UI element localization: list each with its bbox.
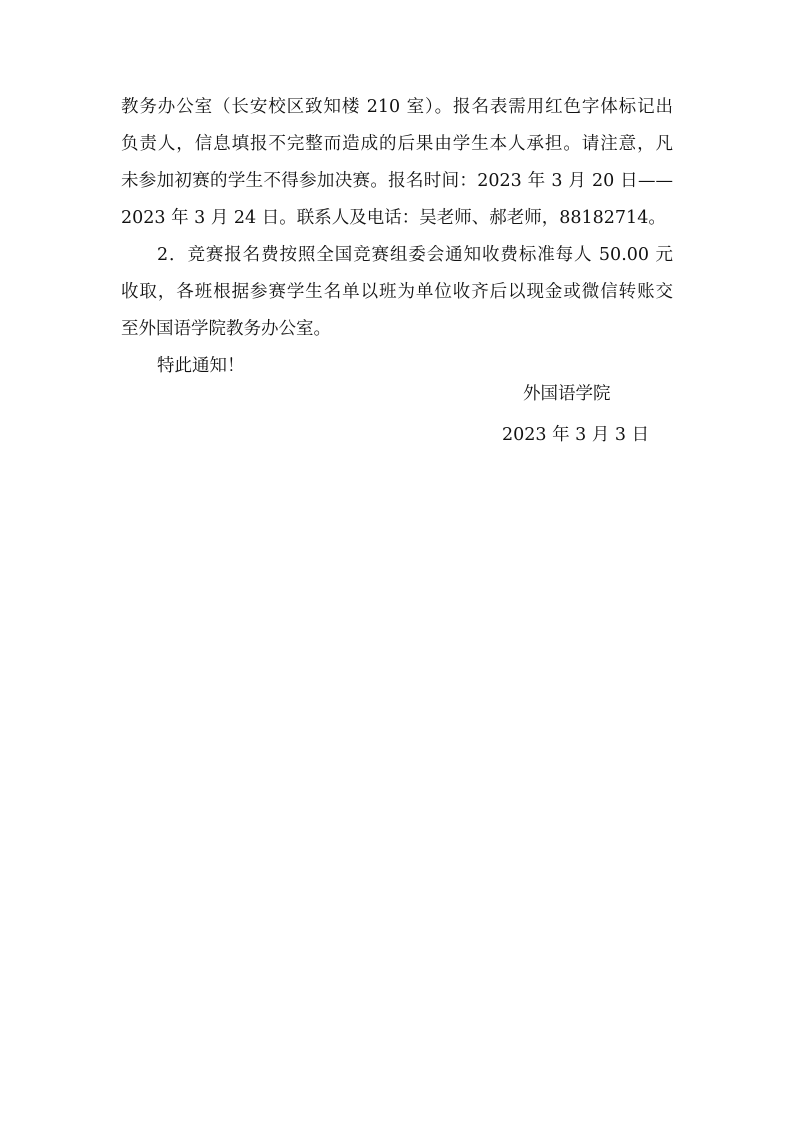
paragraph-2-line-2: 收取，各班根据参赛学生名单以班为单位收齐后以现金或微信转账交 xyxy=(121,282,673,302)
paragraph-1-line-2: 负责人，信息填报不完整而造成的后果由学生本人承担。请注意，凡 xyxy=(121,134,673,154)
signature-date: 2023 年 3 月 3 日 xyxy=(502,425,649,445)
closing-text: 特此通知！ xyxy=(157,356,673,376)
paragraph-1-line-1: 教务办公室（长安校区致知楼 210 室）。报名表需用红色字体标记出 xyxy=(121,97,673,117)
paragraph-2-line-3: 至外国语学院教务办公室。 xyxy=(121,319,673,339)
document-page: 教务办公室（长安校区致知楼 210 室）。报名表需用红色字体标记出 负责人，信息… xyxy=(0,0,793,1122)
paragraph-1-line-3: 未参加初赛的学生不得参加决赛。报名时间：2023 年 3 月 20 日—— xyxy=(121,171,673,191)
signature-organization: 外国语学院 xyxy=(523,384,611,404)
paragraph-1-line-4: 2023 年 3 月 24 日。联系人及电话：吴老师、郝老师，88182714。 xyxy=(121,208,673,228)
paragraph-2-line-1: 2．竞赛报名费按照全国竞赛组委会通知收费标准每人 50.00 元 xyxy=(157,245,673,265)
